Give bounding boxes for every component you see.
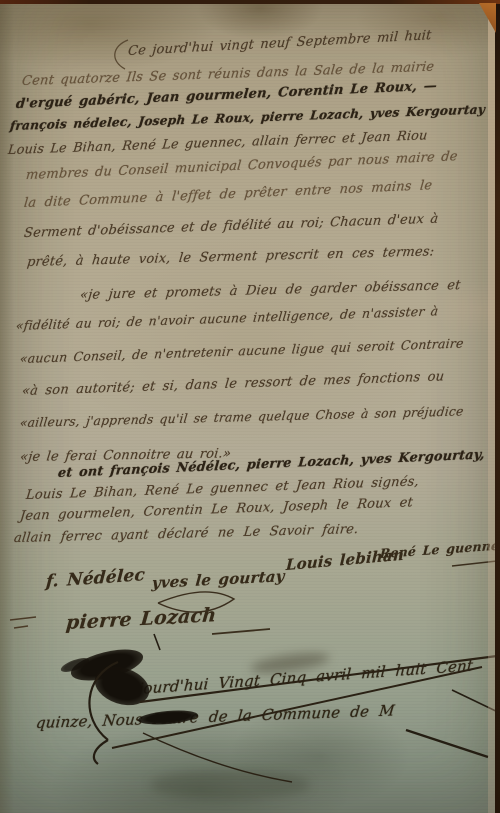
page-edge-top — [0, 0, 500, 4]
act1-line-1: Ce jourd'hui vingt neuf Septembre mil hu… — [127, 28, 432, 59]
act1-line-13: «à son autorité; et si, dans le ressort … — [21, 369, 445, 399]
act1-line-19: allain ferrec ayant déclaré ne Le Savoir… — [13, 522, 359, 546]
act1-line-14: «ailleurs, j'apprends qu'il se trame que… — [19, 404, 464, 430]
flourish-curl-act1 — [115, 40, 128, 69]
act2-line-2: quinze, Nous Maire de la Commune de M — [35, 701, 396, 732]
manuscript-page-photo: Ce jourd'hui vingt neuf Septembre mil hu… — [0, 0, 500, 813]
page-edge-right — [495, 0, 500, 813]
signature-lozach: pierre Lozach — [65, 604, 217, 634]
signature-le-guennec: René Le guennec — [379, 537, 500, 561]
act1-line-11: «fidélité au roi; de n'avoir aucune inte… — [15, 303, 439, 333]
signature-le-gourtay: yves le gourtay — [151, 567, 285, 592]
flourish-dash-lozach — [212, 629, 270, 634]
paper-smudge — [150, 770, 310, 800]
act1-line-9: prêté, à haute voix, le Serment prescrit… — [26, 244, 435, 270]
act1-line-12: «aucun Conseil, de n'entretenir aucune l… — [19, 335, 464, 366]
act1-line-7: la dite Commune à l'effet de prêter entr… — [23, 178, 433, 211]
signature-nedelec: f. Nédélec — [45, 565, 145, 592]
strike-stroke-3 — [406, 730, 488, 757]
slash-mark — [154, 634, 160, 650]
act1-line-10: «je jure et promets à Dieu de garder obé… — [79, 278, 461, 303]
act1-line-8: Serment d'obéissance et de fidélité au r… — [23, 211, 439, 241]
